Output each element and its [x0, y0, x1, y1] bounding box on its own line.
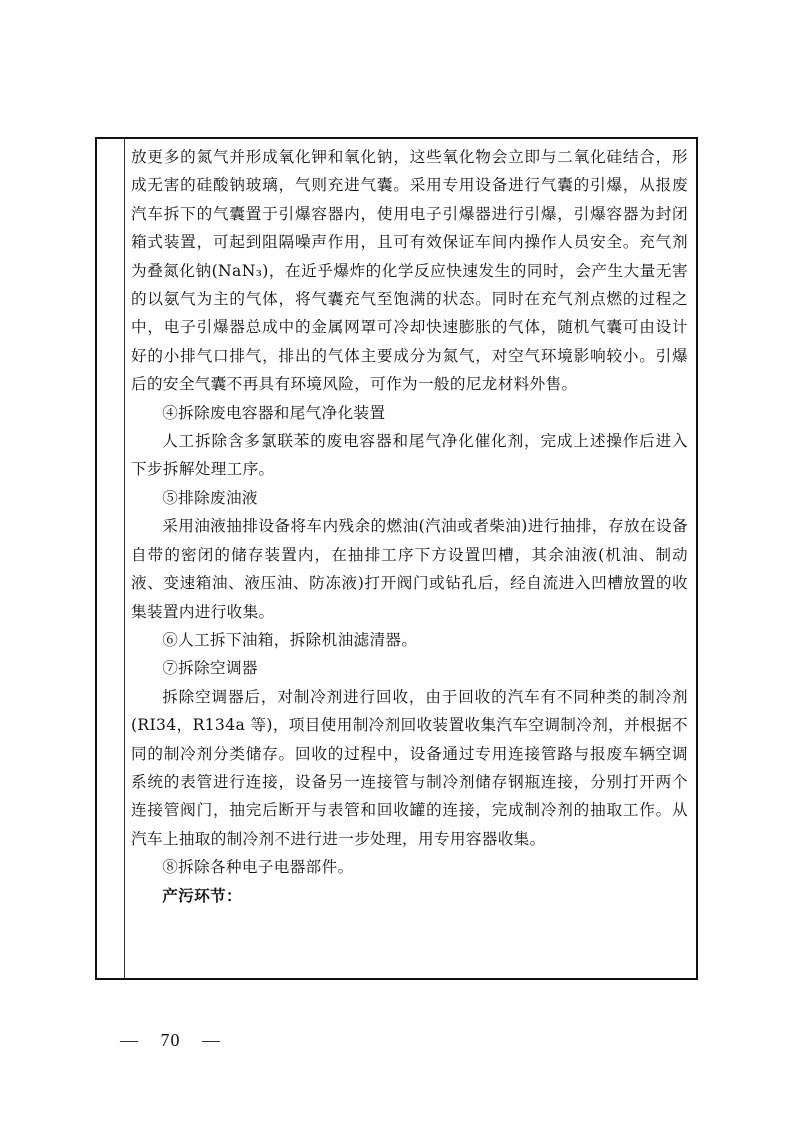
content-table: 放更多的氮气并形成氧化钾和氧化钠，这些氧化物会立即与二氧化硅结合，形成无害的硅酸…: [95, 137, 698, 980]
paragraph-airbag-detonation: 放更多的氮气并形成氧化钾和氧化钠，这些氧化物会立即与二氧化硅结合，形成无害的硅酸…: [131, 143, 688, 399]
table-label-column: [97, 139, 125, 978]
footer-dash-right: —: [202, 1030, 221, 1050]
page-number: 70: [161, 1030, 181, 1050]
table-content-cell: 放更多的氮气并形成氧化钾和氧化钠，这些氧化物会立即与二氧化硅结合，形成无害的硅酸…: [131, 143, 688, 910]
step-remove-electronics: ⑧拆除各种电子电器部件。: [131, 853, 688, 881]
heading-drain-oil: ⑤排除废油液: [131, 484, 688, 512]
paragraph-drain-oil: 采用油液抽排设备将车内残余的燃油(汽油或者柴油)进行抽排，存放在设备自带的密闭的…: [131, 512, 688, 626]
page-footer: — 70 —: [112, 1030, 229, 1051]
paragraph-remove-ac: 拆除空调器后，对制冷剂进行回收，由于回收的汽车有不同种类的制冷剂(RI34，R1…: [131, 683, 688, 853]
step-remove-fuel-tank: ⑥人工拆下油箱，拆除机油滤清器。: [131, 626, 688, 654]
footer-dash-left: —: [120, 1030, 139, 1050]
paragraph-remove-capacitor: 人工拆除含多氯联苯的废电容器和尾气净化催化剂，完成上述操作后进入下步拆解处理工序…: [131, 427, 688, 484]
heading-remove-ac: ⑦拆除空调器: [131, 654, 688, 682]
heading-remove-capacitor: ④拆除废电容器和尾气净化装置: [131, 399, 688, 427]
heading-pollution-points: 产污环节：: [131, 882, 688, 910]
